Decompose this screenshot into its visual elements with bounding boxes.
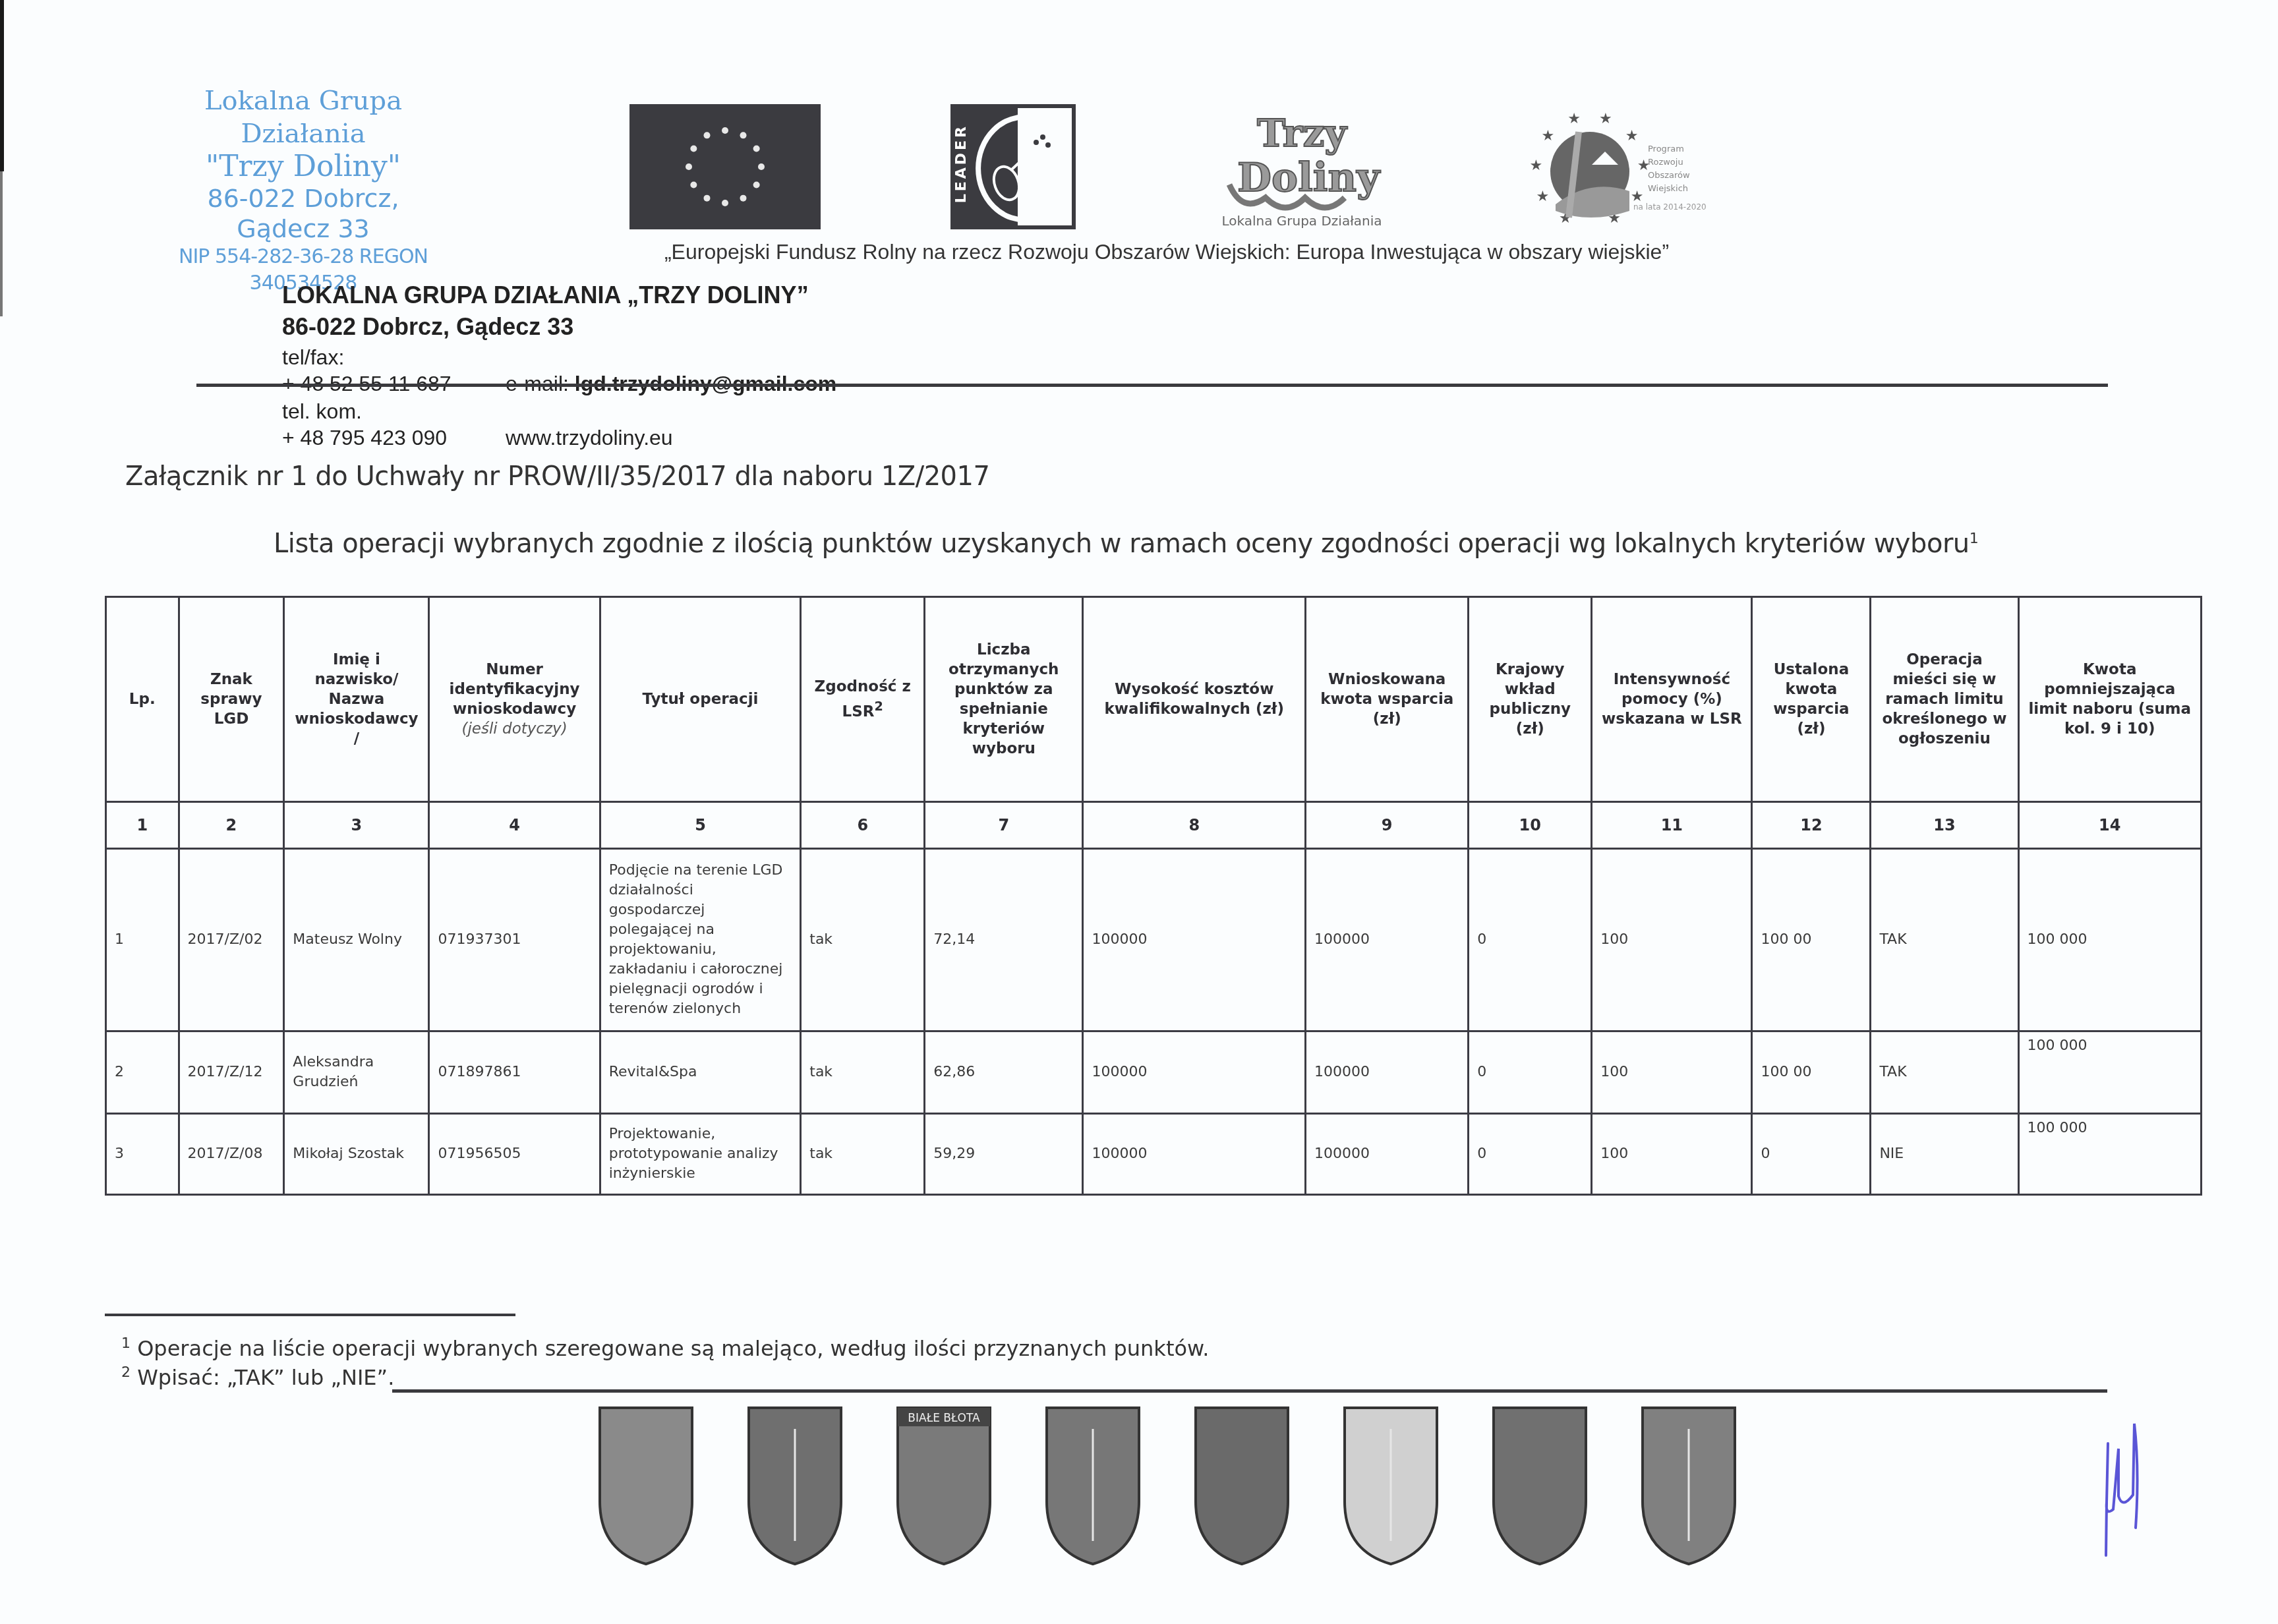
- cell-ustalona: 100 00: [1752, 1031, 1871, 1114]
- cell-krajowy: 0: [1469, 1031, 1592, 1114]
- list-title: Lista operacji wybranych zgodnie z ilośc…: [274, 529, 1978, 559]
- column-number: 3: [284, 802, 429, 849]
- col-header-krajowy: Krajowy wkład publiczny (zł): [1469, 597, 1592, 802]
- coat-of-arms-griffin-icon: [1043, 1403, 1142, 1567]
- svg-text:★: ★: [1541, 128, 1554, 144]
- col-header-punkty: Liczba otrzymanych punktów za spełnianie…: [925, 597, 1083, 802]
- col-header-ustalona: Ustalona kwota wsparcia (zł): [1752, 597, 1871, 802]
- cell-wnioskodawca: Mateusz Wolny: [284, 849, 429, 1031]
- cell-znak: 2017/Z/12: [179, 1031, 284, 1114]
- cell-numer: 071897861: [429, 1031, 600, 1114]
- cell-intensywnosc: 100: [1592, 1114, 1752, 1195]
- cell-wnioskowana: 100000: [1306, 1114, 1469, 1195]
- telfax-label: tel/fax:: [282, 344, 344, 370]
- coat-of-arms-sabres-icon: [1490, 1403, 1589, 1567]
- col-header-wnioskodawca: Imię i nazwisko/ Nazwa wnioskodawcy /: [284, 597, 429, 802]
- cell-limit: TAK: [1871, 1031, 2018, 1114]
- svg-text:na lata 2014-2020: na lata 2014-2020: [1633, 202, 1707, 212]
- column-number: 12: [1752, 802, 1871, 849]
- column-number: 9: [1306, 802, 1469, 849]
- eu-flag-logo: [629, 104, 821, 229]
- coat-of-arms-crown-icon: [1192, 1403, 1291, 1567]
- operations-table: Lp. Znak sprawy LGD Imię i nazwisko/ Naz…: [105, 596, 2202, 1196]
- trzy-doliny-logo: Trzy Doliny Lokalna Grupa Działania: [1203, 105, 1401, 231]
- column-number: 2: [179, 802, 284, 849]
- table-row: 32017/Z/08Mikołaj Szostak071956505Projek…: [106, 1114, 2202, 1195]
- svg-text:★: ★: [1625, 128, 1639, 144]
- col-header-numer-text: Numer identyfikacyjny wnioskodawcy: [450, 661, 580, 718]
- col-header-intensywnosc: Intensywność pomocy (%) wskazana w LSR: [1592, 597, 1752, 802]
- cell-ustalona: 100 00: [1752, 849, 1871, 1031]
- svg-text:Program: Program: [1648, 144, 1684, 154]
- cell-zgodnosc: tak: [801, 1114, 925, 1195]
- cell-tytul: Projektowanie, prototypowanie analizy in…: [600, 1114, 801, 1195]
- coat-of-arms-windmill-icon: [745, 1403, 844, 1567]
- footnote-ref-1[interactable]: 1: [1970, 531, 1979, 547]
- scan-edge: [0, 0, 4, 171]
- col-header-numer-note: (jeśli dotyczy): [461, 720, 567, 738]
- cell-kwota-pomniejszajaca: 100 000: [2018, 1031, 2202, 1114]
- col-header-wnioskowana: Wnioskowana kwota wsparcia (zł): [1306, 597, 1469, 802]
- footnote-1-mark: 1: [121, 1335, 131, 1352]
- svg-text:Rozwoju: Rozwoju: [1648, 158, 1683, 167]
- municipality-coats-of-arms: BIAŁE BŁOTA: [597, 1403, 1730, 1574]
- column-number: 1: [106, 802, 179, 849]
- col-header-limit: Operacja mieści się w ramach limitu okre…: [1871, 597, 2018, 802]
- column-number: 7: [925, 802, 1083, 849]
- column-number: 13: [1871, 802, 2018, 849]
- cell-tytul: Podjęcie na terenie LGD działalności gos…: [600, 849, 801, 1031]
- col-header-numer: Numer identyfikacyjny wnioskodawcy(jeśli…: [429, 597, 600, 802]
- organization-header: LOKALNA GRUPA DZIAŁANIA „TRZY DOLINY” 86…: [282, 279, 836, 451]
- footer-divider: [392, 1389, 2107, 1393]
- column-number: 5: [600, 802, 801, 849]
- column-number: 10: [1469, 802, 1592, 849]
- cell-krajowy: 0: [1469, 1114, 1592, 1195]
- col-header-znak: Znak sprawy LGD: [179, 597, 284, 802]
- footnote-ref-2[interactable]: 2: [875, 699, 883, 714]
- annex-title: Załącznik nr 1 do Uchwały nr PROW/II/35/…: [125, 461, 989, 492]
- cell-limit: NIE: [1871, 1114, 2018, 1195]
- cell-zgodnosc: tak: [801, 1031, 925, 1114]
- column-number: 6: [801, 802, 925, 849]
- scan-edge: [0, 171, 3, 316]
- col-header-koszty: Wysokość kosztów kwalifikowalnych (zł): [1083, 597, 1306, 802]
- cell-wnioskowana: 100000: [1306, 849, 1469, 1031]
- prow-logo: ★★★★★★★★★★ Program Rozwoju Obszarów Wiej…: [1516, 105, 1727, 231]
- cell-koszty: 100000: [1083, 1031, 1306, 1114]
- column-number: 8: [1083, 802, 1306, 849]
- organization-name: LOKALNA GRUPA DZIAŁANIA „TRZY DOLINY”: [282, 279, 836, 311]
- cell-punkty: 62,86: [925, 1031, 1083, 1114]
- cell-zgodnosc: tak: [801, 849, 925, 1031]
- col-header-zgodnosc-text: Zgodność z LSR: [815, 678, 911, 720]
- col-header-zgodnosc: Zgodność z LSR2: [801, 597, 925, 802]
- leader-logo: LEADER: [950, 104, 1076, 229]
- stamp-line-1: Lokalna Grupa Działania: [158, 84, 448, 150]
- column-number: 4: [429, 802, 600, 849]
- cell-krajowy: 0: [1469, 849, 1592, 1031]
- cell-kwota-pomniejszajaca: 100 000: [2018, 849, 2202, 1031]
- website-link[interactable]: www.trzydoliny.eu: [506, 424, 673, 451]
- cell-lp: 1: [106, 849, 179, 1031]
- svg-text:Trzy: Trzy: [1257, 111, 1348, 156]
- coat-of-arms-biale-blota-icon: BIAŁE BŁOTA: [894, 1403, 993, 1567]
- svg-text:★: ★: [1567, 111, 1581, 127]
- cell-intensywnosc: 100: [1592, 849, 1752, 1031]
- svg-text:Doliny: Doliny: [1237, 155, 1381, 201]
- svg-text:Lokalna Grupa Działania: Lokalna Grupa Działania: [1221, 213, 1382, 229]
- svg-text:Obszarów: Obszarów: [1648, 171, 1690, 181]
- cell-punkty: 59,29: [925, 1114, 1083, 1195]
- column-number: 11: [1592, 802, 1752, 849]
- footnote-1-text: Operacje na liście operacji wybranych sz…: [137, 1336, 1209, 1361]
- contact-row-2: tel. kom. + 48 795 423 090 www.trzydolin…: [282, 398, 836, 451]
- cell-kwota-pomniejszajaca: 100 000: [2018, 1114, 2202, 1195]
- organization-stamp: Lokalna Grupa Działania "Trzy Doliny" 86…: [158, 84, 448, 297]
- svg-text:Wiejskich: Wiejskich: [1648, 184, 1688, 194]
- coat-of-arms-castle-icon: [1341, 1403, 1440, 1567]
- footnote-1: 1 Operacje na liście operacji wybranych …: [121, 1335, 1209, 1361]
- mobile-value: + 48 795 423 090: [282, 424, 447, 451]
- col-header-kwota: Kwota pomniejszająca limit naboru (suma …: [2018, 597, 2202, 802]
- program-slogan: „Europejski Fundusz Rolny na rzecz Rozwo…: [620, 240, 1714, 264]
- col-header-lp: Lp.: [106, 597, 179, 802]
- svg-text:★: ★: [1599, 111, 1612, 127]
- cell-punkty: 72,14: [925, 849, 1083, 1031]
- svg-text:★: ★: [1529, 158, 1542, 174]
- cell-tytul: Revital&Spa: [600, 1031, 801, 1114]
- contact-row-1: tel/fax: + 48 52 55 11 687 e-mail: lgd.t…: [282, 344, 836, 397]
- cell-lp: 3: [106, 1114, 179, 1195]
- cell-lp: 2: [106, 1031, 179, 1114]
- cell-koszty: 100000: [1083, 1114, 1306, 1195]
- footnote-2-mark: 2: [121, 1364, 131, 1381]
- table-row: 22017/Z/12Aleksandra Grudzień071897861Re…: [106, 1031, 2202, 1114]
- cell-znak: 2017/Z/02: [179, 849, 284, 1031]
- coat-of-arms-oak-tower-icon: [1639, 1403, 1738, 1567]
- cell-wnioskowana: 100000: [1306, 1031, 1469, 1114]
- mobile-label: tel. kom.: [282, 398, 362, 424]
- table-header-row: Lp. Znak sprawy LGD Imię i nazwisko/ Naz…: [106, 597, 2202, 802]
- cell-ustalona: 0: [1752, 1114, 1871, 1195]
- cell-znak: 2017/Z/08: [179, 1114, 284, 1195]
- cell-intensywnosc: 100: [1592, 1031, 1752, 1114]
- footnote-2-text: Wpisać: „TAK” lub „NIE”.: [137, 1365, 394, 1390]
- table-row: 12017/Z/02Mateusz Wolny071937301Podjęcie…: [106, 849, 2202, 1031]
- column-numbers-row: 1234567891011121314: [106, 802, 2202, 849]
- header-divider: [196, 384, 2108, 387]
- stamp-line-3: 86-022 Dobrcz, Gądecz 33: [158, 183, 448, 244]
- column-number: 14: [2018, 802, 2202, 849]
- coat-of-arms-wheat-icon: [597, 1403, 695, 1567]
- cell-koszty: 100000: [1083, 849, 1306, 1031]
- signature-mark: [2096, 1417, 2155, 1569]
- cell-wnioskodawca: Aleksandra Grudzień: [284, 1031, 429, 1114]
- organization-address: 86-022 Dobrcz, Gądecz 33: [282, 311, 836, 343]
- svg-text:★: ★: [1536, 188, 1549, 205]
- stamp-line-2: "Trzy Doliny": [158, 150, 448, 183]
- svg-text:BIAŁE BŁOTA: BIAŁE BŁOTA: [908, 1412, 980, 1425]
- cell-numer: 071937301: [429, 849, 600, 1031]
- footnote-2: 2 Wpisać: „TAK” lub „NIE”.: [121, 1364, 394, 1390]
- cell-wnioskodawca: Mikołaj Szostak: [284, 1114, 429, 1195]
- col-header-tytul: Tytuł operacji: [600, 597, 801, 802]
- cell-limit: TAK: [1871, 849, 2018, 1031]
- footnote-divider: [105, 1314, 515, 1316]
- list-title-text: Lista operacji wybranych zgodnie z ilośc…: [274, 529, 1970, 559]
- cell-numer: 071956505: [429, 1114, 600, 1195]
